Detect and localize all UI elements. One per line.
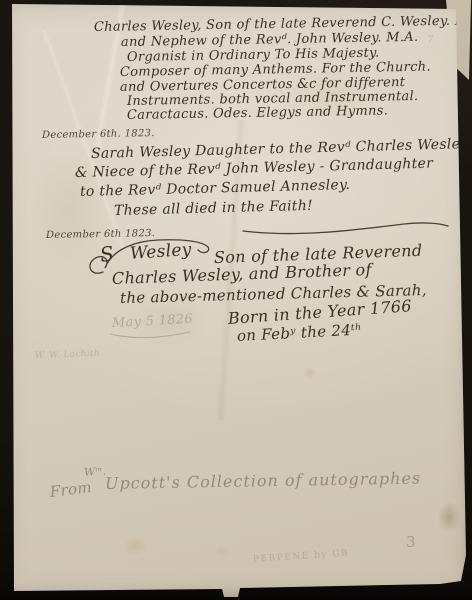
owner-pencil-mark: W. W. Lachith — [35, 350, 100, 361]
handwritten-line: These all died in the Faith! — [114, 199, 313, 218]
manuscript-page: Charles Wesley, Son of the late Reverend… — [0, 0, 472, 600]
stray-pencil-mark: 7 — [427, 36, 434, 46]
provenance-note: Upcott's Collection of autographes — [105, 470, 421, 492]
provenance-wm-superscript: Wᵐ. — [84, 465, 107, 478]
catalog-pencil-note: PERPENE by GB — [253, 549, 350, 565]
faith-flourish-line — [243, 223, 448, 234]
date-line: December 6th 1823. — [46, 229, 155, 241]
handwritten-line: Caractacus. Odes. Elegys and Hymns. — [127, 104, 388, 122]
handwritten-line: to the Revᵈ Doctor Samuel Annesley. — [80, 178, 350, 199]
photo-background: Charles Wesley, Son of the late Reverend… — [0, 0, 472, 600]
pencil-date: May 5 1826 — [112, 313, 194, 330]
page-number: 3 — [406, 535, 416, 550]
provenance-from: From — [49, 480, 93, 500]
pencil-underline — [110, 332, 190, 338]
date-line: December 6th. 1823. — [42, 129, 155, 141]
handwritten-line: on Febʸ the 24ᵗʰ — [237, 322, 363, 344]
signature-name: Wesley — [129, 242, 192, 263]
signature-initial: S — [99, 243, 116, 265]
